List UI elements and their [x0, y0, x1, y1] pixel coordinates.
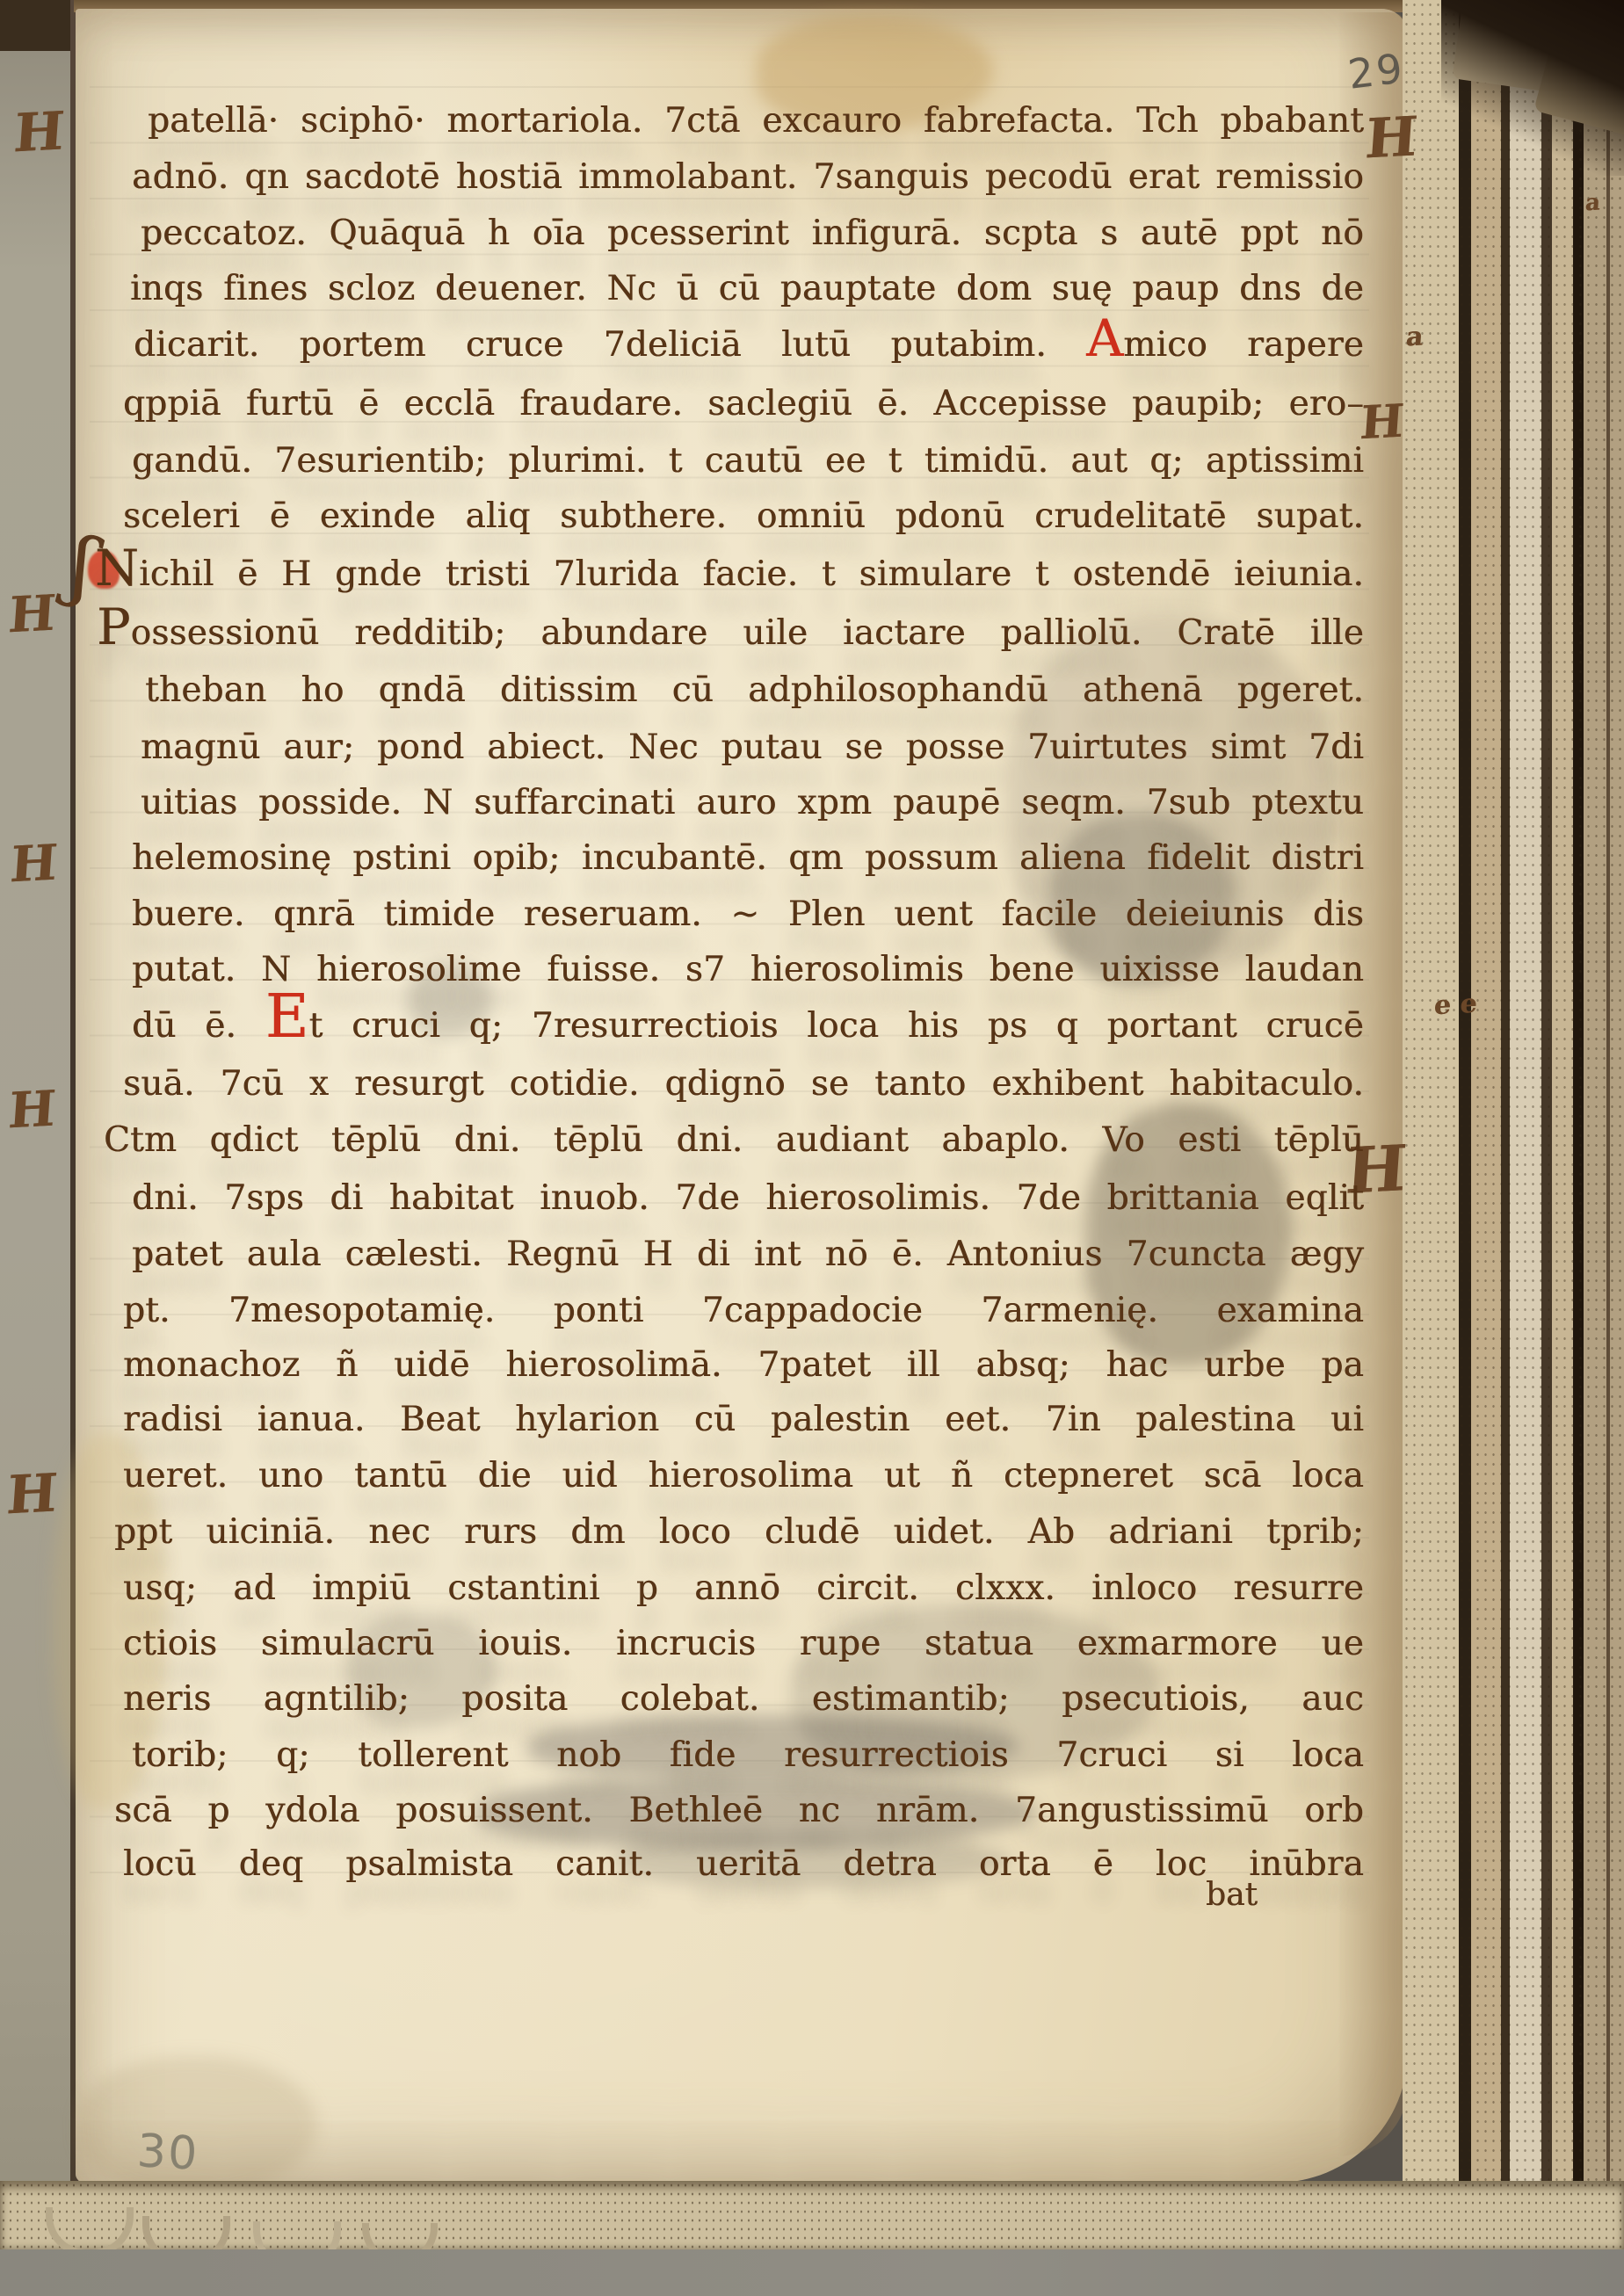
verso-number-pencil: 30 — [135, 2125, 199, 2181]
margin-mark-h: H — [7, 584, 58, 645]
margin-mark-h: H — [4, 1463, 59, 1527]
text-line: putat. N hierosolime fuisse. s7 hierosol… — [132, 947, 1364, 1002]
text-line: radisi ianua. Beat hylarion cū palestin … — [123, 1397, 1364, 1452]
line-text: inqs fines scloz deuener. Nc ū cū paupta… — [130, 269, 1364, 308]
text-line: adnō. qn sacdotē hostiā immolabant. 7san… — [132, 155, 1364, 209]
text-line: monachoz ñ uidē hierosolimā. 7patet ill … — [123, 1343, 1364, 1397]
text-line: qppiā furtū ē ecclā fraudare. saclegiū ē… — [123, 381, 1364, 436]
line-text: putat. N hierosolime fuisse. s7 hierosol… — [132, 950, 1364, 989]
line-text: theban ho qndā ditissim cū adphilosophan… — [145, 670, 1364, 710]
text-line: theban ho qndā ditissim cū adphilosophan… — [145, 668, 1364, 722]
line-text: patellā· sciphō· mortariola. 7ctā excaur… — [148, 101, 1364, 141]
page-stack-fore-edge — [1403, 0, 1624, 2255]
text-line: sceleri ē exinde aliq subthere. omniū pd… — [123, 494, 1364, 548]
text-line: scā p ydola posuissent. Bethleē nc nrām.… — [114, 1788, 1364, 1843]
text-line: Ctm qdict tēplū dni. tēplū dni. audiant … — [104, 1118, 1364, 1172]
table-surface — [0, 2249, 1624, 2296]
line-text: dni. 7sps di habitat inuob. 7de hierosol… — [132, 1178, 1364, 1218]
text-line: helemosinę pstini opib; incubantē. qm po… — [132, 836, 1364, 890]
rubric-initial: A — [1086, 308, 1123, 368]
line-text: t cruci q; 7resurrectiois loca his ps q … — [309, 1006, 1364, 1046]
text-line: Nichil ē H gnde tristi 7lurida facie. t … — [95, 552, 1364, 606]
folio-number-pencil: 29 — [1345, 44, 1408, 98]
text-line: dū ē. Et cruci q; 7resurrectiois loca hi… — [132, 1003, 1364, 1058]
text-line: torib; q; tollerent nob fide resurrectio… — [132, 1733, 1364, 1787]
text-line: dicarit. portem cruce 7deliciā lutū puta… — [134, 322, 1364, 377]
text-line: ctiois simulacrū iouis. incrucis rupe st… — [123, 1621, 1364, 1676]
line-text: ppt uiciniā. nec rurs dm loco cludē uide… — [114, 1512, 1364, 1552]
line-text: uitias posside. N suffarcinati auro xpm … — [141, 783, 1364, 822]
line-text: patet aula cælesti. Regnū H di int nō ē.… — [132, 1235, 1364, 1274]
text-line: dni. 7sps di habitat inuob. 7de hierosol… — [132, 1176, 1364, 1230]
margin-mark-h: H — [1363, 105, 1419, 171]
text-line: ppt uiciniā. nec rurs dm loco cludē uide… — [114, 1510, 1364, 1564]
line-text: ctiois simulacrū iouis. incrucis rupe st… — [123, 1624, 1364, 1663]
text-line: suā. 7cū x resurgt cotidie. qdignō se ta… — [123, 1061, 1364, 1116]
line-text: magnū aur; pond abiect. Nec putau se pos… — [141, 728, 1364, 767]
line-text: mico rapere — [1123, 325, 1364, 365]
line-text: sceleri ē exinde aliq subthere. omniū pd… — [123, 496, 1364, 536]
line-text: dicarit. portem cruce 7deliciā lutū puta… — [134, 325, 1086, 365]
capital-initial: P — [97, 598, 131, 656]
background-shadow-corner — [1441, 0, 1624, 176]
line-text: usq; ad impiū cstantini p annō circit. c… — [123, 1568, 1364, 1608]
text-line: uitias posside. N suffarcinati auro xpm … — [141, 780, 1364, 835]
line-text: ueret. uno tantū die uid hierosolima ut … — [123, 1456, 1364, 1496]
line-text: peccatoz. Quāquā h oīa pcesserint infigu… — [141, 214, 1364, 253]
text-line: magnū aur; pond abiect. Nec putau se pos… — [141, 725, 1364, 779]
margin-mark-h: e e — [1433, 989, 1478, 1021]
line-text: neris agntilib; posita colebat. estimant… — [123, 1679, 1364, 1719]
line-text: ichil ē H gnde tristi 7lurida facie. t s… — [139, 554, 1364, 594]
line-text: radisi ianua. Beat hylarion cū palestin … — [123, 1400, 1364, 1439]
line-text: locū deq psalmista canit. ueritā detra o… — [123, 1844, 1364, 1884]
text-line: neris agntilib; posita colebat. estimant… — [123, 1677, 1364, 1731]
text-line: pt. 7mesopotamię. ponti 7cappadocie 7arm… — [123, 1288, 1364, 1343]
line-text: suā. 7cū x resurgt cotidie. qdignō se ta… — [123, 1064, 1364, 1104]
text-line: patet aula cælesti. Regnū H di int nō ē.… — [132, 1232, 1364, 1286]
margin-mark-h: H — [1359, 395, 1406, 450]
text-line: Possessionū redditib; abundare uile iact… — [97, 611, 1364, 665]
text-line: peccatoz. Quāquā h oīa pcesserint infigu… — [141, 211, 1364, 265]
manuscript-photo: 29 30 bat patellā· sciphō· mortariola. 7… — [0, 0, 1624, 2296]
line-text: dū ē. — [132, 1006, 265, 1046]
rubric-initial: E — [265, 982, 309, 1052]
line-text: gandū. 7esurientib; plurimi. t cautū ee … — [132, 441, 1364, 481]
text-line: gandū. 7esurientib; plurimi. t cautū ee … — [132, 438, 1364, 493]
text-line: locū deq psalmista canit. ueritā detra o… — [123, 1842, 1364, 1896]
margin-mark-h: H — [7, 1080, 58, 1141]
margin-mark-h: H — [11, 101, 66, 165]
line-text: scā p ydola posuissent. Bethleē nc nrām.… — [114, 1791, 1364, 1830]
line-text: Ctm qdict tēplū dni. tēplū dni. audiant … — [104, 1120, 1364, 1160]
line-text: monachoz ñ uidē hierosolimā. 7patet ill … — [123, 1345, 1364, 1385]
line-text: helemosinę pstini opib; incubantē. qm po… — [132, 838, 1364, 878]
line-text: ossessionū redditib; abundare uile iacta… — [131, 613, 1364, 653]
line-text: qppiā furtū ē ecclā fraudare. saclegiū ē… — [123, 384, 1364, 424]
line-text: adnō. qn sacdotē hostiā immolabant. 7san… — [132, 157, 1364, 197]
text-line: usq; ad impiū cstantini p annō circit. c… — [123, 1566, 1364, 1620]
text-line: inqs fines scloz deuener. Nc ū cū paupta… — [130, 266, 1364, 321]
margin-mark-h: H — [9, 834, 60, 894]
text-line: patellā· sciphō· mortariola. 7ctā excaur… — [148, 98, 1364, 153]
line-text: torib; q; tollerent nob fide resurrectio… — [132, 1735, 1364, 1775]
line-text: buere. qnrā timide reseruam. ~ Plen uent… — [132, 894, 1364, 934]
bottom-page-edges — [0, 2181, 1624, 2253]
margin-mark-h: a — [1584, 190, 1601, 217]
text-line: buere. qnrā timide reseruam. ~ Plen uent… — [132, 892, 1364, 946]
line-text: pt. 7mesopotamię. ponti 7cappadocie 7arm… — [123, 1291, 1364, 1330]
text-line: ueret. uno tantū die uid hierosolima ut … — [123, 1453, 1364, 1508]
margin-mark-h: a — [1405, 322, 1425, 353]
capital-initial: N — [95, 540, 139, 598]
